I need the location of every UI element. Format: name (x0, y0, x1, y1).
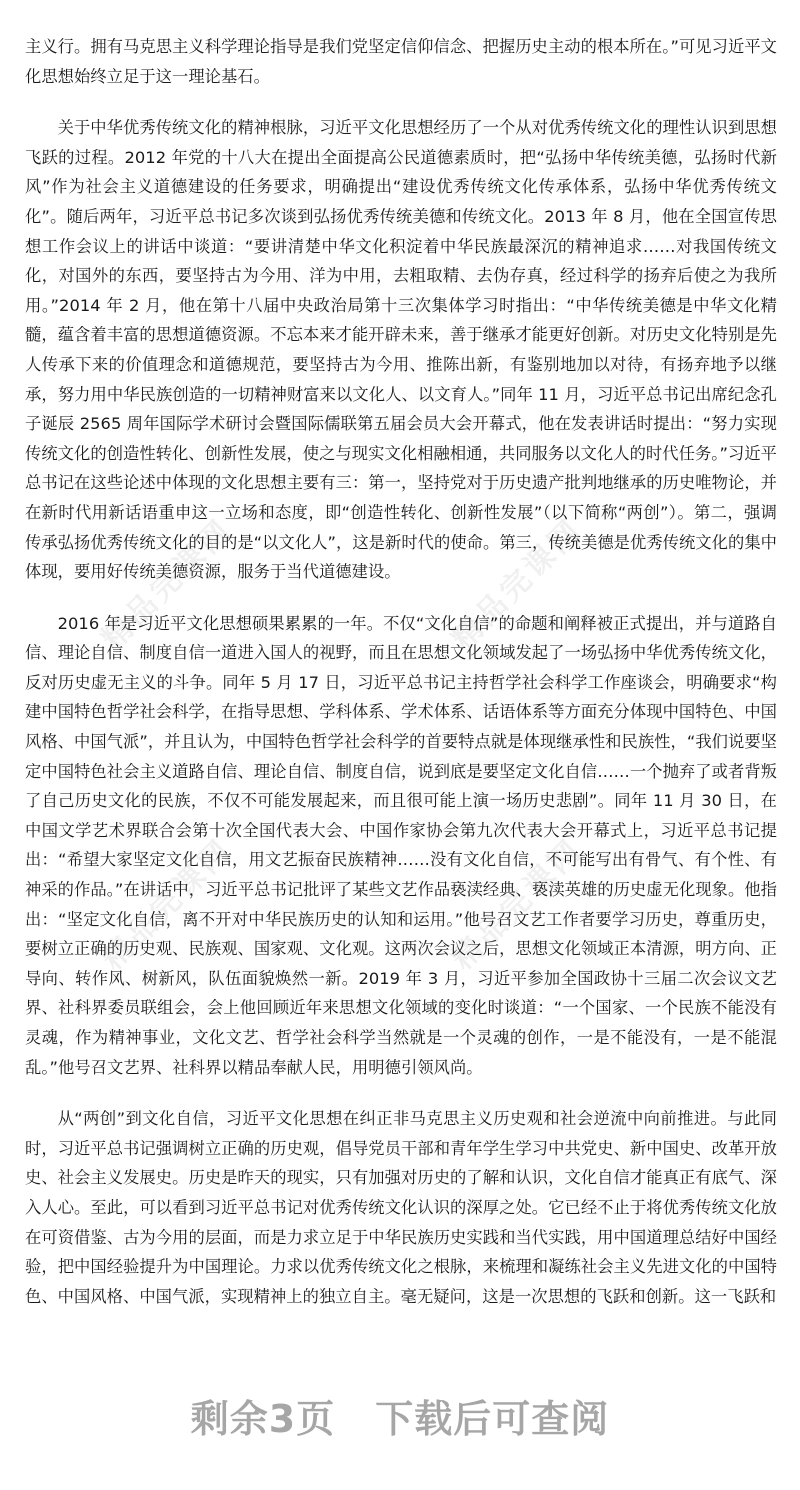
remaining-pages-label: 剩余3页 (191, 1397, 335, 1441)
download-prompt-label: 下载后可查阅 (375, 1397, 609, 1441)
paragraph-3: 2016 年是习近平文化思想硕果累累的一年。不仅“文化自信”的命题和阐释被正式提… (25, 609, 777, 1083)
document-body: 主义行。拥有马克思主义科学理论指导是我们党坚定信仰信念、把握历史主动的根本所在。… (25, 32, 777, 1333)
remaining-pages-banner[interactable]: 剩余3页下载后可查阅 (0, 1388, 800, 1443)
paragraph-2: 关于中华优秀传统文化的精神根脉，习近平文化思想经历了一个从对优秀传统文化的理性认… (25, 113, 777, 587)
paragraph-1: 主义行。拥有马克思主义科学理论指导是我们党坚定信仰信念、把握历史主动的根本所在。… (25, 32, 777, 91)
paragraph-4: 从“两创”到文化自信，习近平文化思想在纠正非马克思主义历史观和社会逆流中向前推进… (25, 1104, 777, 1311)
